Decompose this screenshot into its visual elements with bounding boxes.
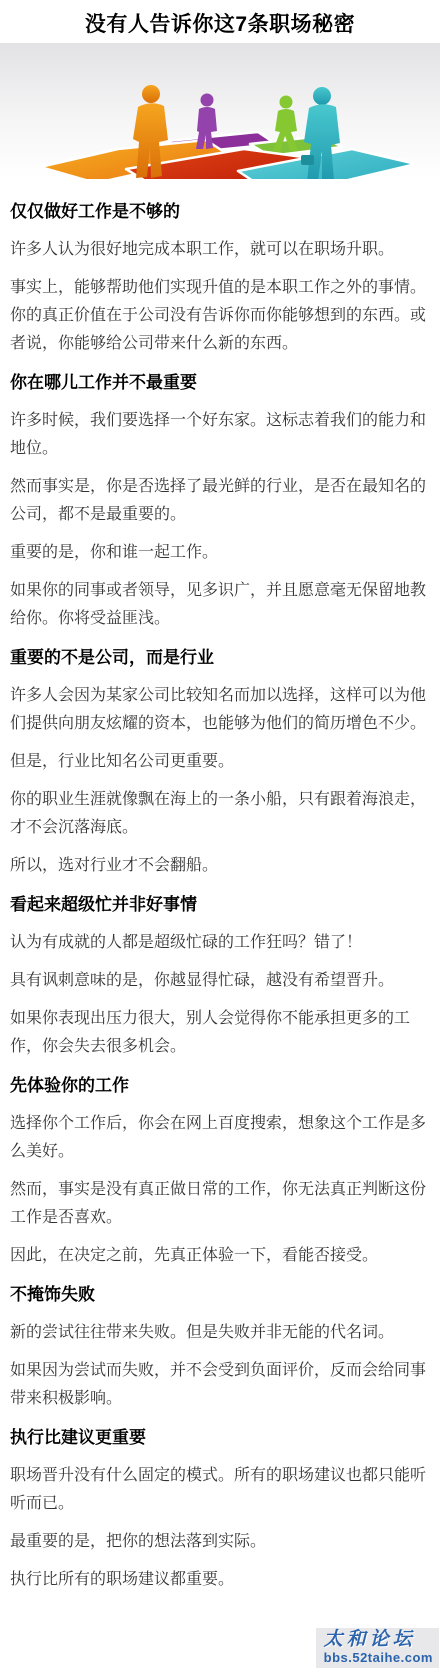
section-looking-busy: 看起来超级忙并非好事情 认为有成就的人都是超级忙碌的工作狂吗？错了！ 具有讽刺意… [10, 891, 430, 1061]
section-dont-hide-failure: 不掩饰失败 新的尝试往往带来失败。但是失败并非无能的代名词。 如果因为尝试而失败… [10, 1281, 430, 1413]
paragraph: 所以，选对行业才不会翻船。 [10, 852, 430, 880]
forum-watermark: 太和论坛 bbs.52taihe.com [316, 1628, 439, 1668]
section-not-enough-to-do-job: 仅仅做好工作是不够的 许多人认为很好地完成本职工作，就可以在职场升职。 事实上，… [10, 198, 430, 358]
paragraph: 事实上，能够帮助他们实现升值的是本职工作之外的事情。你的真正价值在于公司没有告诉… [10, 274, 430, 358]
section-where-you-work: 你在哪儿工作并不最重要 许多时候，我们要选择一个好东家。这标志着我们的能力和地位… [10, 369, 430, 633]
section-heading: 先体验你的工作 [10, 1072, 430, 1100]
paragraph: 但是，行业比知名公司更重要。 [10, 748, 430, 776]
section-heading: 你在哪儿工作并不最重要 [10, 369, 430, 397]
paragraph: 选择你个工作后，你会在网上百度搜索，想象这个工作是多么美好。 [10, 1110, 430, 1166]
section-execution-over-advice: 执行比建议更重要 职场晋升没有什么固定的模式。所有的职场建议也都只能听听而已。 … [10, 1424, 430, 1594]
paragraph: 执行比所有的职场建议都重要。 [10, 1566, 430, 1594]
paragraph: 因此，在决定之前，先真正体验一下，看能否接受。 [10, 1242, 430, 1270]
paragraph: 许多时候，我们要选择一个好东家。这标志着我们的能力和地位。 [10, 407, 430, 463]
section-heading: 看起来超级忙并非好事情 [10, 891, 430, 919]
article-page: 没有人告诉你这7条职场秘密 [0, 10, 440, 1674]
section-heading: 执行比建议更重要 [10, 1424, 430, 1452]
briefcase-icon [301, 155, 314, 165]
paragraph: 如果你的同事或者领导，见多识广，并且愿意毫无保留地教给你。你将受益匪浅。 [10, 577, 430, 633]
hero-image [0, 43, 440, 179]
section-experience-job-first: 先体验你的工作 选择你个工作后，你会在网上百度搜索，想象这个工作是多么美好。 然… [10, 1072, 430, 1270]
watermark-logo: 太和论坛 [324, 1630, 433, 1651]
paragraph: 如果你表现出压力很大，别人会觉得你不能承担更多的工作，你会失去很多机会。 [10, 1005, 430, 1061]
paragraph: 重要的是，你和谁一起工作。 [10, 539, 430, 567]
paragraph: 职场晋升没有什么固定的模式。所有的职场建议也都只能听听而已。 [10, 1462, 430, 1518]
paragraph: 如果因为尝试而失败，并不会受到负面评价，反而会给同事带来积极影响。 [10, 1357, 430, 1413]
page-title: 没有人告诉你这7条职场秘密 [0, 10, 440, 39]
watermark-url: bbs.52taihe.com [324, 1651, 433, 1665]
paragraph: 新的尝试往往带来失败。但是失败并非无能的代名词。 [10, 1319, 430, 1347]
paragraph: 然而事实是，你是否选择了最光鲜的行业，是否在最知名的公司，都不是最重要的。 [10, 473, 430, 529]
paragraph: 你的职业生涯就像飘在海上的一条小船，只有跟着海浪走，才不会沉落海底。 [10, 786, 430, 842]
section-heading: 仅仅做好工作是不够的 [10, 198, 430, 226]
paragraph: 认为有成就的人都是超级忙碌的工作狂吗？错了！ [10, 929, 430, 957]
paragraph: 许多人认为很好地完成本职工作，就可以在职场升职。 [10, 236, 430, 264]
section-heading: 重要的不是公司，而是行业 [10, 644, 430, 672]
teamwork-puzzle-illustration [0, 43, 440, 179]
section-industry-over-company: 重要的不是公司，而是行业 许多人会因为某家公司比较知名而加以选择，这样可以为他们… [10, 644, 430, 880]
paragraph: 具有讽刺意味的是，你越显得忙碌，越没有希望晋升。 [10, 967, 430, 995]
paragraph: 然而，事实是没有真正做日常的工作，你无法真正判断这份工作是否喜欢。 [10, 1176, 430, 1232]
paragraph: 最重要的是，把你的想法落到实际。 [10, 1528, 430, 1556]
paragraph: 许多人会因为某家公司比较知名而加以选择，这样可以为他们提供向朋友炫耀的资本，也能… [10, 682, 430, 738]
section-heading: 不掩饰失败 [10, 1281, 430, 1309]
article-body: 仅仅做好工作是不够的 许多人认为很好地完成本职工作，就可以在职场升职。 事实上，… [0, 179, 440, 1674]
